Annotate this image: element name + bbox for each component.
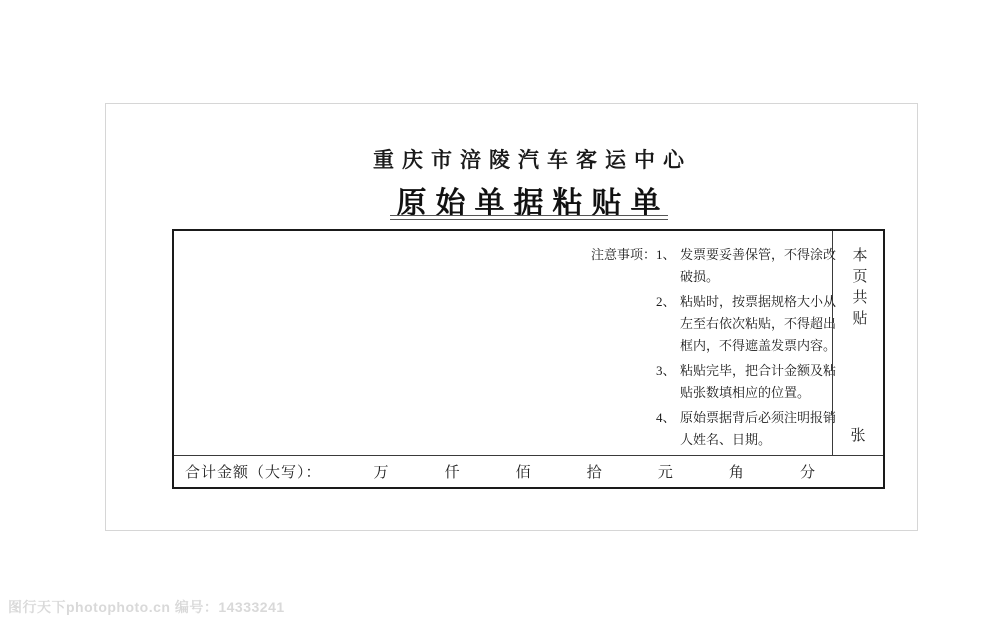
total-amount-row: 合计金额（大写）： 万 仟 佰 拾 元 角 分 (174, 455, 883, 487)
notes-section: 注意事项： 1、 发票要妥善保管，不得涂改 破损。 2、 粘贴时，按票据规格大小… (591, 244, 841, 454)
note-number: 1、 (656, 244, 680, 288)
note-line: 粘贴时，按票据规格大小从 (680, 291, 836, 313)
unit-jiao: 角 (729, 461, 744, 482)
note-lines: 粘贴完毕，把合计金额及粘 贴张数填相应的位置。 (680, 360, 836, 404)
note-item: 1、 发票要妥善保管，不得涂改 破损。 (656, 244, 836, 288)
note-lines: 粘贴时，按票据规格大小从 左至右依次粘贴，不得超出 框内，不得遮盖发票内容。 (680, 291, 836, 357)
note-item: 4、 原始票据背后必须注明报销 人姓名、日期。 (656, 407, 836, 451)
org-name: 重庆市涪陵汽车客运中心 (172, 144, 885, 174)
note-number: 4、 (656, 407, 680, 451)
pasted-count-column: 本页共贴 张 (832, 231, 883, 456)
sheet-content: 重庆市涪陵汽车客运中心 原始单据粘贴单 注意事项： 1、 发票要妥善保管，不得涂… (172, 104, 885, 530)
note-line: 原始票据背后必须注明报销 (680, 407, 836, 429)
note-line: 发票要妥善保管，不得涂改 (680, 244, 836, 266)
note-line: 框内，不得遮盖发票内容。 (680, 335, 836, 357)
note-line: 粘贴完毕，把合计金额及粘 (680, 360, 836, 382)
note-lines: 发票要妥善保管，不得涂改 破损。 (680, 244, 836, 288)
title-double-underline (390, 215, 668, 220)
notes-label: 注意事项： (591, 244, 656, 266)
note-line: 破损。 (680, 266, 836, 288)
note-line: 人姓名、日期。 (680, 429, 836, 451)
paste-table: 注意事项： 1、 发票要妥善保管，不得涂改 破损。 2、 粘贴时，按票据规格大小… (172, 229, 885, 489)
note-lines: 原始票据背后必须注明报销 人姓名、日期。 (680, 407, 836, 451)
note-line: 贴张数填相应的位置。 (680, 382, 836, 404)
document-card: 重庆市涪陵汽车客运中心 原始单据粘贴单 注意事项： 1、 发票要妥善保管，不得涂… (105, 103, 918, 531)
unit-qian: 仟 (445, 461, 460, 482)
unit-bai: 佰 (516, 461, 531, 482)
note-number: 2、 (656, 291, 680, 357)
note-item: 2、 粘贴时，按票据规格大小从 左至右依次粘贴，不得超出 框内，不得遮盖发票内容… (656, 291, 836, 357)
notes-items: 1、 发票要妥善保管，不得涂改 破损。 2、 粘贴时，按票据规格大小从 左至右依… (656, 244, 836, 454)
unit-yuan: 元 (658, 461, 673, 482)
watermark: 图行天下photophoto.cn 编号：14333241 (8, 597, 285, 617)
note-number: 3、 (656, 360, 680, 404)
note-line: 左至右依次粘贴，不得超出 (680, 313, 836, 335)
total-amount-label: 合计金额（大写）： (174, 461, 322, 482)
unit-fen: 分 (800, 461, 815, 482)
unit-wan: 万 (374, 461, 389, 482)
unit-shi: 拾 (587, 461, 602, 482)
pasted-count-label: 本页共贴 (851, 247, 866, 331)
pasted-count-unit: 张 (850, 429, 865, 444)
note-item: 3、 粘贴完毕，把合计金额及粘 贴张数填相应的位置。 (656, 360, 836, 404)
receipt-paste-area (174, 231, 584, 455)
currency-unit-columns: 万 仟 佰 拾 元 角 分 (322, 461, 883, 482)
